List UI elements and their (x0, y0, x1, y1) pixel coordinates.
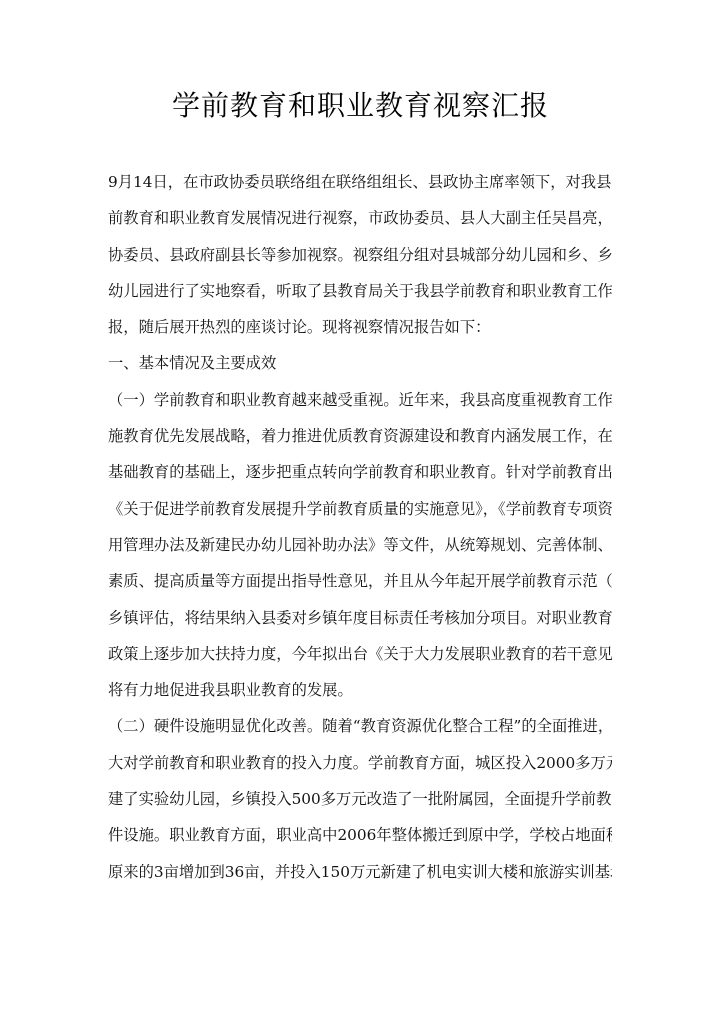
paragraph-1-line-9: 将有力地促进我县职业教育的发展。 (108, 672, 612, 708)
paragraph-intro-line-2: 前教育和职业教育发展情况进行视察，市政协委员、县人大副主任吴昌亮，市政 (108, 200, 612, 236)
paragraph-1-line-3: 基础教育的基础上，逐步把重点转向学前教育和职业教育。针对学前教育出台了 (108, 454, 612, 490)
paragraph-1-line-5: 用管理办法及新建民办幼儿园补助办法》等文件，从统筹规划、完善体制、提升 (108, 527, 612, 563)
paragraph-2-line-3: 建了实验幼儿园，乡镇投入500多万元改造了一批附属园，全面提升学前教育硬 (108, 781, 612, 817)
paragraph-intro-line-5: 报，随后展开热烈的座谈讨论。现将视察情况报告如下： (108, 309, 612, 345)
paragraph-intro-line-3: 协委员、县政府副县长等参加视察。视察组分组对县城部分幼儿园和乡、乡中心 (108, 237, 612, 273)
paragraph-1-line-8: 政策上逐步加大扶持力度，今年拟出台《关于大力发展职业教育的若干意见》， (108, 636, 612, 672)
paragraph-1-line-7: 乡镇评估，将结果纳入县委对乡镇年度目标责任考核加分项目。对职业教育也从 (108, 600, 612, 636)
paragraph-2-line-2: 大对学前教育和职业教育的投入力度。学前教育方面，城区投入2000多万元新 (108, 745, 612, 781)
paragraph-1-line-2: 施教育优先发展战略，着力推进优质教育资源建设和教育内涵发展工作，在抓好 (108, 418, 612, 454)
paragraph-1-line-4: 《关于促进学前教育发展提升学前教育质量的实施意见》，《学前教育专项资金使 (108, 491, 612, 527)
paragraph-intro-line-4: 幼儿园进行了实地察看，听取了县教育局关于我县学前教育和职业教育工作的汇 (108, 273, 612, 309)
paragraph-intro-line-1: 9月14日，在市政协委员联络组在联络组组长、县政协主席率领下，对我县学 (108, 164, 612, 200)
paragraph-1-line-6: 素质、提高质量等方面提出指导性意见，并且从今年起开展学前教育示范（达标） (108, 563, 612, 599)
paragraph-2-line-1: （二）硬件设施明显优化改善。随着“教育资源优化整合工程”的全面推进，加 (108, 708, 612, 744)
paragraph-2-line-5: 原来的3亩增加到36亩，并投入150万元新建了机电实训大楼和旅游实训基地， (108, 854, 612, 890)
document-title: 学前教育和职业教育视察汇报 (0, 88, 721, 124)
paragraph-1-line-1: （一）学前教育和职业教育越来越受重视。近年来，我县高度重视教育工作，实 (108, 382, 612, 418)
section-heading-1: 一、基本情况及主要成效 (108, 345, 612, 381)
document-body: 9月14日，在市政协委员联络组在联络组组长、县政协主席率领下，对我县学 前教育和… (108, 164, 612, 890)
paragraph-2-line-4: 件设施。职业教育方面，职业高中2006年整体搬迁到原中学，学校占地面积由 (108, 817, 612, 853)
document-page: 学前教育和职业教育视察汇报 9月14日，在市政协委员联络组在联络组组长、县政协主… (0, 0, 721, 1020)
